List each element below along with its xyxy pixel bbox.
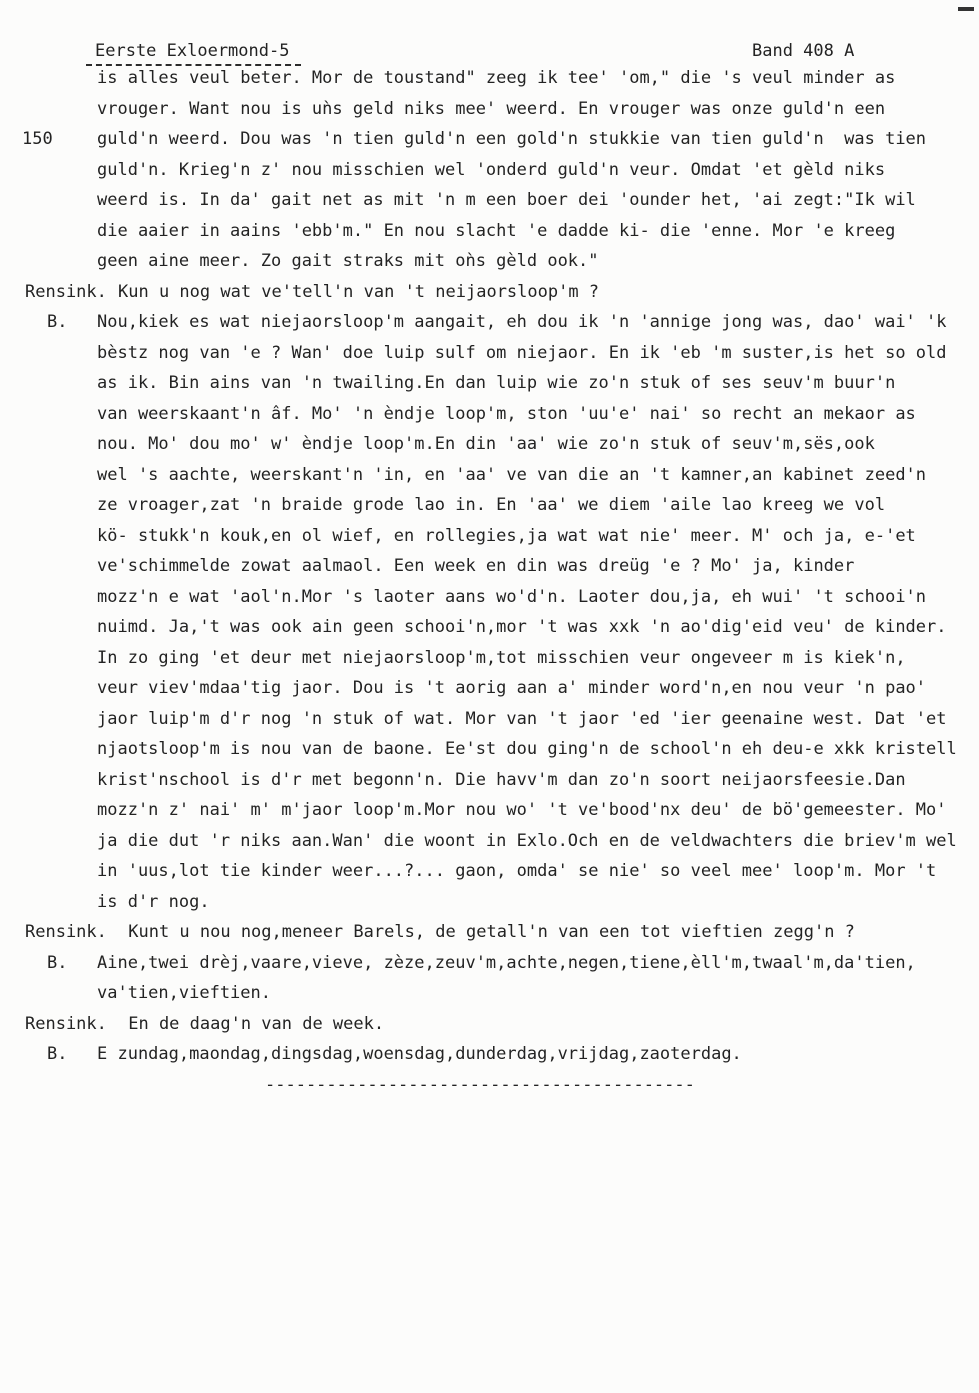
transcript-line: jaor luip'm d'r nog 'n stuk of wat. Mor … — [0, 704, 979, 735]
transcript-block-b: B.Nou,kiek es wat niejaorsloop'm aangait… — [0, 307, 979, 917]
transcript-line: nuimd. Ja,'t was ook ain geen schooi'n,m… — [0, 612, 979, 643]
transcript-line: is d'r nog. — [0, 887, 979, 918]
transcript-line: krist'nschool is d'r met begonn'n. Die h… — [0, 765, 979, 796]
transcript-line: mozz'n z' nai' m' m'jaor loop'm.Mor nou … — [0, 795, 979, 826]
band-label: Band 408 A — [752, 40, 854, 62]
speaker-label: Rensink. — [25, 1009, 107, 1040]
transcript-line: veur viev'mdaa'tig jaor. Dou is 't aorig… — [0, 673, 979, 704]
speaker-label: B. — [47, 948, 67, 979]
transcript-block-rensink: Rensink. En de daag'n van de week. — [0, 1009, 979, 1040]
transcript-line: guld'n weerd. Dou was 'n tien guld'n een… — [0, 124, 979, 155]
transcript-line: ve'schimmelde zowat aalmaol. Een week en… — [0, 551, 979, 582]
transcript-line: E zundag,maondag,dingsdag,woensdag,dunde… — [0, 1039, 979, 1070]
document-page: Eerste Exloermond-5 Band 408 A 150is all… — [0, 0, 979, 1393]
speaker-label: B. — [47, 1039, 67, 1070]
transcript-block-rensink: Rensink.Kun u nog wat ve'tell'n van 't n… — [0, 277, 979, 308]
transcript-line: En de daag'n van de week. — [0, 1009, 979, 1040]
end-separator-line: ----------------------------------------… — [0, 1070, 979, 1101]
transcript-block-b: B.E zundag,maondag,dingsdag,woensdag,dun… — [0, 1039, 979, 1070]
transcript-line: bèstz nog van 'e ? Wan' doe luip sulf om… — [0, 338, 979, 369]
transcript-line: as ik. Bin ains van 'n twailing.En dan l… — [0, 368, 979, 399]
transcript-line: In zo ging 'et deur met niejaorsloop'm,t… — [0, 643, 979, 674]
transcript-line: in 'uus,lot tie kinder weer...?... gaon,… — [0, 856, 979, 887]
transcript-line: is alles veul beter. Mor de toustand" ze… — [0, 63, 979, 94]
speaker-label: B. — [47, 307, 67, 338]
transcript-line: die aaier in aains 'ebb'm." En nou slach… — [0, 216, 979, 247]
transcript-line: ja die dut 'r niks aan.Wan' die woont in… — [0, 826, 979, 857]
transcript-block-rensink: Rensink. Kunt u nou nog,meneer Barels, d… — [0, 917, 979, 948]
line-number-margin: 150 — [22, 124, 53, 155]
transcript-line: wel 's aachte, weerskant'n 'in, en 'aa' … — [0, 460, 979, 491]
speaker-label: Rensink. — [25, 277, 107, 308]
transcript-line: Kunt u nou nog,meneer Barels, de getall'… — [0, 917, 979, 948]
transcript-line: ze vroager,zat 'n braide grode lao in. E… — [0, 490, 979, 521]
transcript-line: geen aine meer. Zo gait straks mit oǹs g… — [0, 246, 979, 277]
transcript-line: Nou,kiek es wat niejaorsloop'm aangait, … — [0, 307, 979, 338]
transcript-line: nou. Mo' dou mo' w' èndje loop'm.En din … — [0, 429, 979, 460]
transcript-line: njaotsloop'm is nou van de baone. Ee'st … — [0, 734, 979, 765]
speaker-label: Rensink. — [25, 917, 107, 948]
transcript-line: guld'n. Krieg'n z' nou misschien wel 'on… — [0, 155, 979, 186]
transcript-line: kö- stukk'n kouk,en ol wief, en rollegie… — [0, 521, 979, 552]
transcript-line: weerd is. In da' gait net as mit 'n m ee… — [0, 185, 979, 216]
transcript-block-continuation: 150is alles veul beter. Mor de toustand"… — [0, 63, 979, 277]
transcript-line: Aine,twei drèj,vaare,vieve, zèze,zeuv'm,… — [0, 948, 979, 979]
transcript: 150is alles veul beter. Mor de toustand"… — [0, 63, 979, 1100]
scan-artifact-mark — [958, 7, 974, 11]
transcript-line: Kun u nog wat ve'tell'n van 't neijaorsl… — [0, 277, 979, 308]
transcript-line: van weerskaant'n âf. Mo' 'n èndje loop'm… — [0, 399, 979, 430]
transcript-block-b: B.Aine,twei drèj,vaare,vieve, zèze,zeuv'… — [0, 948, 979, 1009]
transcript-line: vrouger. Want nou is uǹs geld niks mee' … — [0, 94, 979, 125]
transcript-line: mozz'n e wat 'aol'n.Mor 's laoter aans w… — [0, 582, 979, 613]
transcript-line: va'tien,vieftien. — [0, 978, 979, 1009]
